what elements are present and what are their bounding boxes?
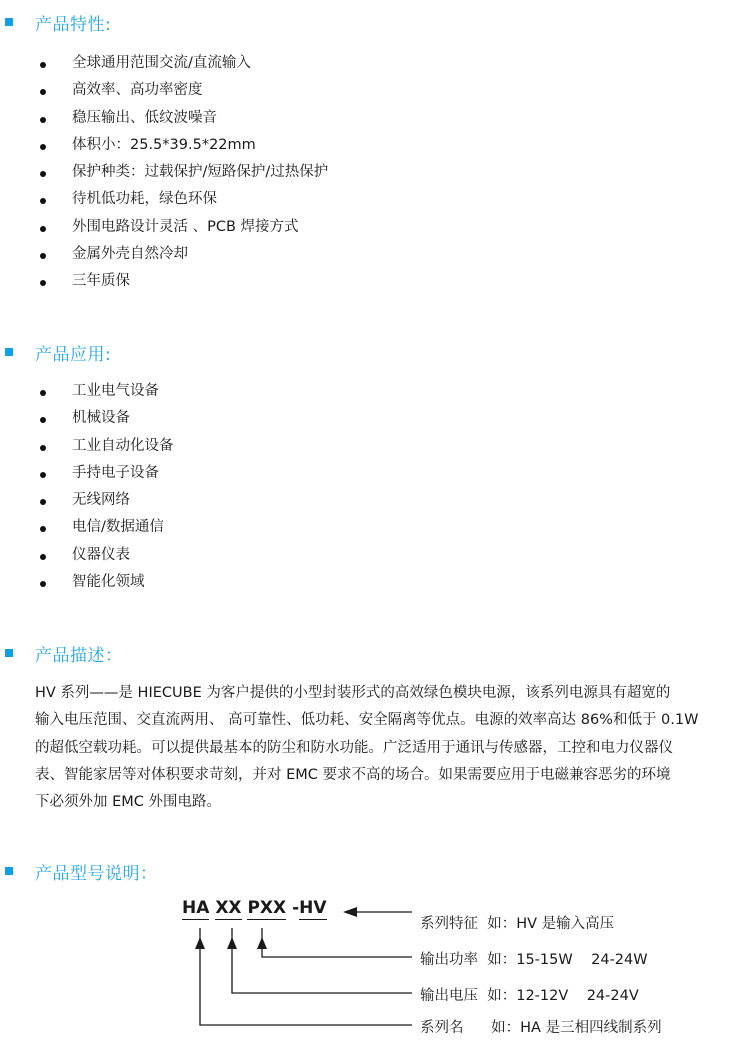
code-output-power: PXX bbox=[247, 898, 286, 920]
code-series-name: HA bbox=[182, 898, 209, 920]
label-output-power: 输出功率 如：15-15W 24-24W bbox=[420, 948, 648, 969]
arrow-left-icon bbox=[343, 907, 357, 917]
model-diagram-arrows bbox=[0, 0, 750, 1043]
label-series-name: 系列名 如：HA 是三相四线制系列 bbox=[420, 1016, 662, 1037]
arrow-up-icon bbox=[257, 937, 267, 949]
code-series-feature: HV bbox=[299, 898, 326, 920]
label-series-feature: 系列特征 如：HV 是输入高压 bbox=[420, 912, 614, 933]
arrow-up-icon bbox=[227, 937, 237, 949]
code-output-voltage: XX bbox=[215, 898, 241, 920]
model-code: HA XX PXX -HV bbox=[182, 898, 327, 920]
label-output-voltage: 输出电压 如：12-12V 24-24V bbox=[420, 984, 639, 1005]
code-dash: - bbox=[292, 898, 299, 918]
arrow-up-icon bbox=[195, 937, 205, 949]
